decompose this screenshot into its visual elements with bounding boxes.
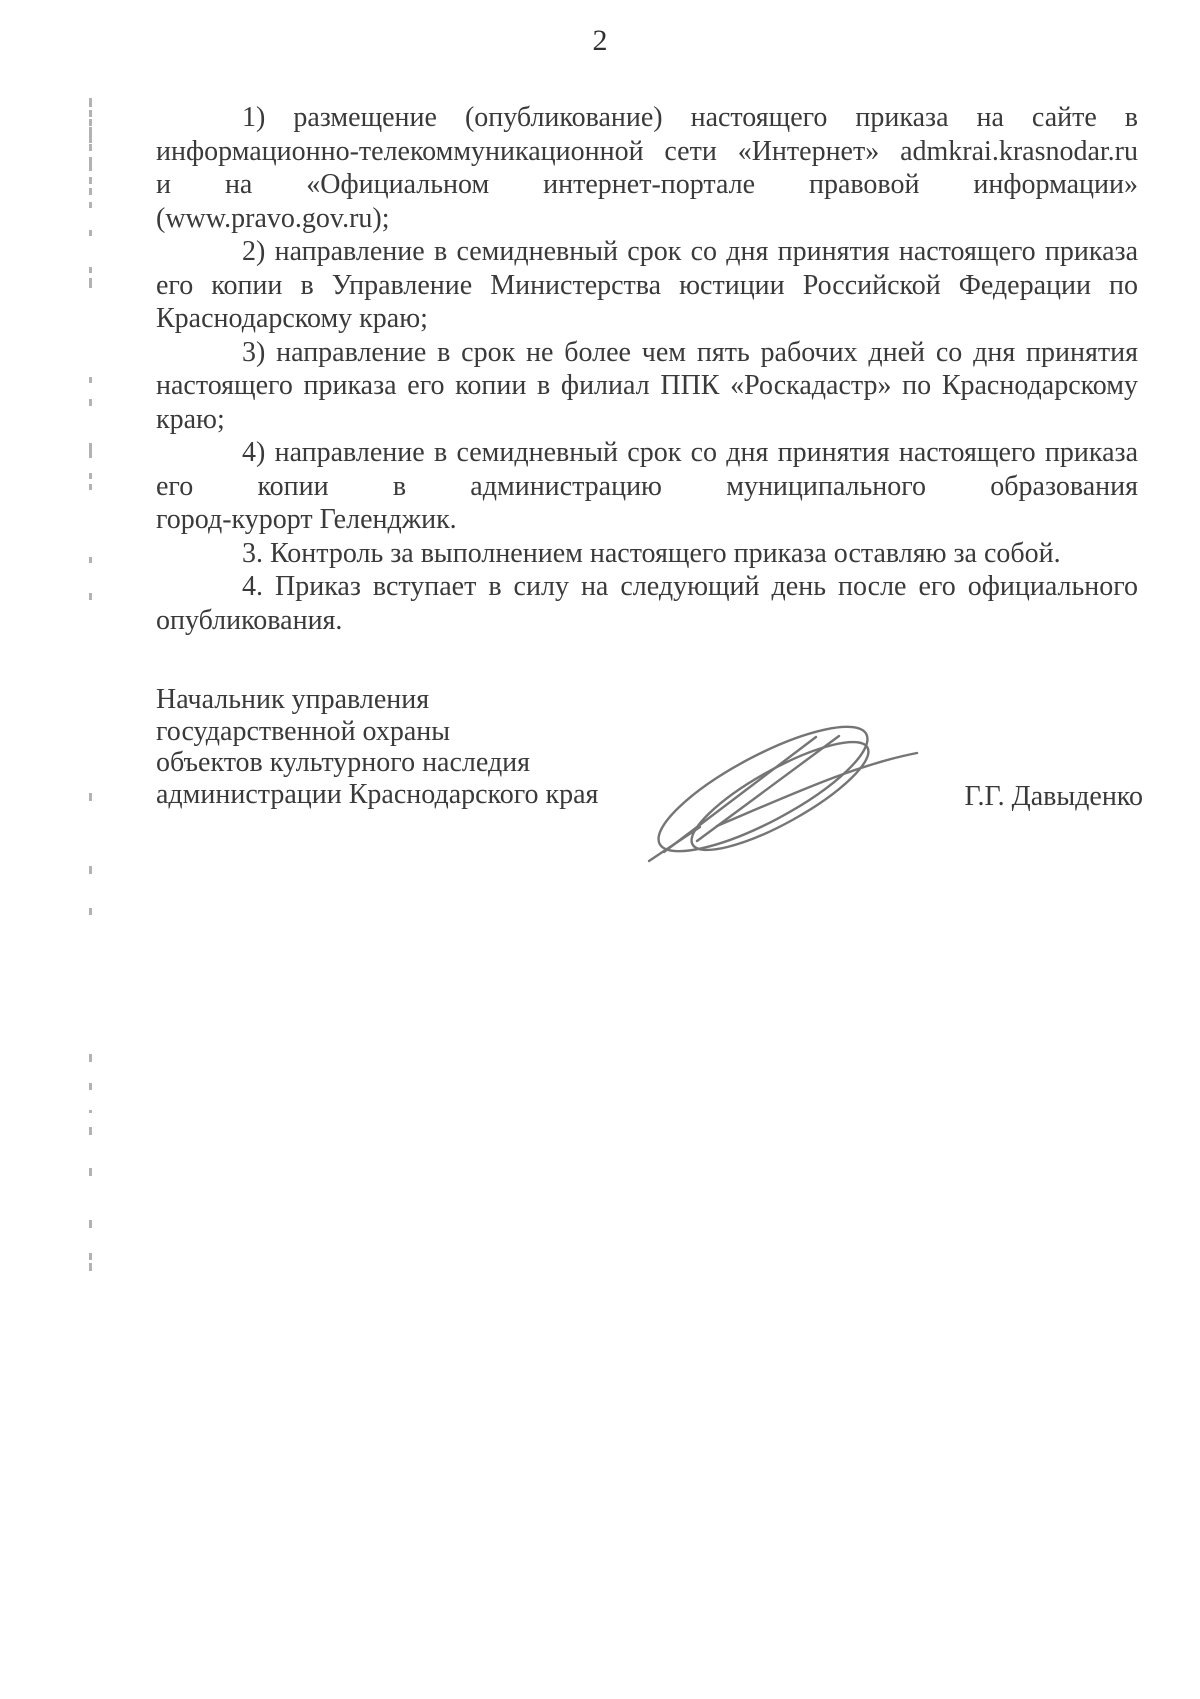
margin-dash [89,399,92,406]
paragraph-line: настоящего приказа его копии в филиал ПП… [156,369,1138,403]
signer-name: Г.Г. Давыденко [965,781,1143,813]
paragraph-line: опубликования. [156,604,1138,638]
margin-dash [89,1168,92,1176]
margin-dash [89,119,92,126]
margin-dash [89,1220,92,1228]
paragraph-line: 1) размещение (опубликование) настоящего… [156,101,1138,135]
signatory-title-line: объектов культурного наследия [156,747,676,779]
margin-dash [89,177,92,184]
paragraph-line: 3. Контроль за выполнением настоящего пр… [156,537,1138,571]
margin-dash [89,127,92,143]
margin-dash [89,98,92,107]
margin-dash [89,443,92,458]
margin-dash [89,1083,92,1090]
margin-dash [89,908,92,915]
margin-dash [89,793,92,801]
margin-dash [89,473,92,479]
paragraph-line: 2) направление в семидневный срок со дня… [156,235,1138,269]
paragraph-line: 4. Приказ вступает в силу на следующий д… [156,570,1138,604]
margin-dash [89,144,92,151]
margin-dash [89,377,92,383]
margin-dash [89,1263,92,1271]
handwritten-signature-icon [600,650,1020,880]
paragraph-line: город-курорт Геленджик. [156,503,1138,537]
paragraph-line: краю; [156,403,1138,437]
paragraph-line: его копии в администрацию муниципального… [156,470,1138,504]
margin-dash [89,866,92,874]
paragraph-line: (www.pravo.gov.ru); [156,202,1138,236]
margin-dash [89,157,92,171]
signatory-title-line: государственной охраны [156,716,676,748]
paragraph-line: 4) направление в семидневный срок со дня… [156,436,1138,470]
paragraph-line: его копии в Управление Министерства юсти… [156,269,1138,303]
margin-dash [89,110,92,117]
margin-dash [89,202,92,208]
document-page: 2 1) размещение (опубликование) настояще… [0,0,1200,1699]
margin-dash [89,1253,92,1260]
margin-dash [89,1110,92,1113]
signatory-title: Начальник управления государственной охр… [156,684,676,810]
paragraph-line: и на «Официальном интернет-портале право… [156,168,1138,202]
order-body-text: 1) размещение (опубликование) настоящего… [156,101,1138,637]
margin-dash [89,1127,92,1135]
signatory-title-line: администрации Краснодарского края [156,779,676,811]
margin-dash [89,557,92,563]
margin-dash [89,278,92,288]
paragraph-line: 3) направление в срок не более чем пять … [156,336,1138,370]
signatory-title-line: Начальник управления [156,684,676,716]
margin-dash [89,593,92,600]
margin-dash [89,1054,92,1062]
margin-dash [89,484,92,490]
page-number: 2 [0,24,1200,58]
margin-dash [89,267,92,273]
paragraph-line: информационно-телекоммуникационной сети … [156,135,1138,169]
margin-dash [89,230,92,236]
paragraph-line: Краснодарскому краю; [156,302,1138,336]
margin-dash [89,188,92,195]
